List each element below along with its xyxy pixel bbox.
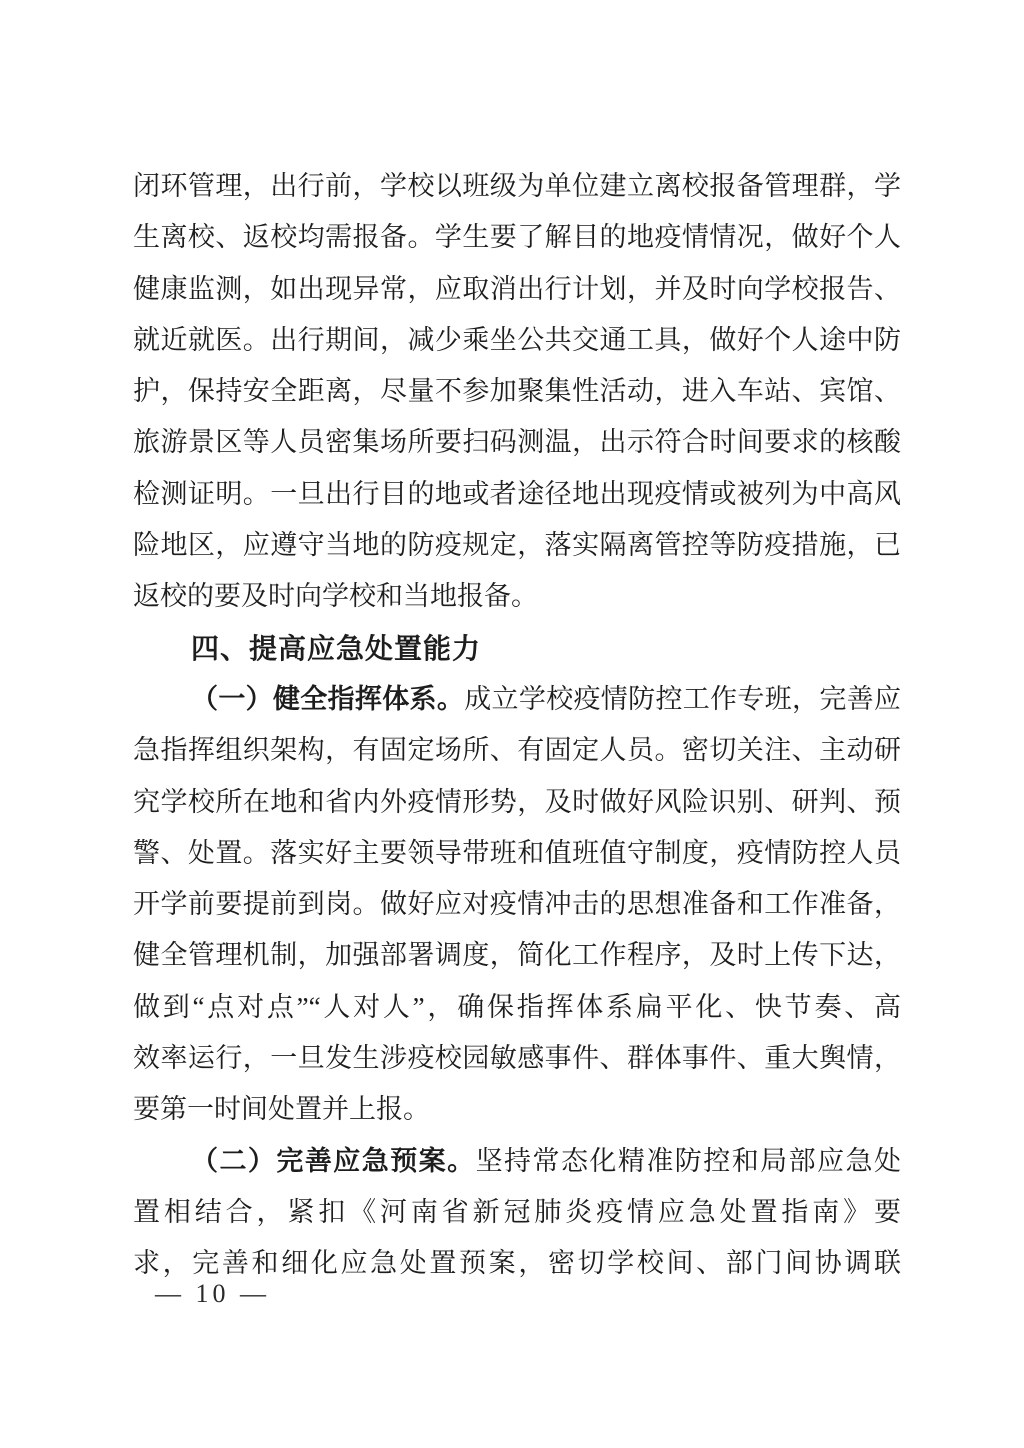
paragraph-lead: （一）健全指挥体系。 xyxy=(191,684,464,714)
body-line: 生离校、返校均需报备。学生要了解目的地疫情情况，做好个人 xyxy=(133,212,901,263)
body-line: 险地区，应遵守当地的防疫规定，落实隔离管控等防疫措施，已 xyxy=(133,520,901,571)
paragraph-text: 成立学校疫情防控工作专班，完善应 xyxy=(464,684,901,714)
body-line: 健全管理机制，加强部署调度，简化工作程序，及时上传下达， xyxy=(133,930,901,981)
body-line: 究学校所在地和省内外疫情形势，及时做好风险识别、研判、预 xyxy=(133,777,901,828)
body-line: 开学前要提前到岗。做好应对疫情冲击的思想准备和工作准备， xyxy=(133,879,901,930)
body-line: 效率运行，一旦发生涉疫校园敏感事件、群体事件、重大舆情， xyxy=(133,1033,901,1084)
body-line: 要第一时间处置并上报。 xyxy=(133,1084,901,1135)
document-page: 闭环管理，出行前，学校以班级为单位建立离校报备管理群，学 生离校、返校均需报备。… xyxy=(0,0,1024,1448)
body-line: 检测证明。一旦出行目的地或者途径地出现疫情或被列为中高风 xyxy=(133,469,901,520)
paragraph-lead: （二）完善应急预案。 xyxy=(191,1146,476,1176)
body-line: 急指挥组织架构，有固定场所、有固定人员。密切关注、主动研 xyxy=(133,725,901,776)
body-line: 旅游景区等人员密集场所要扫码测温，出示符合时间要求的核酸 xyxy=(133,417,901,468)
page-number: — 10 — xyxy=(155,1279,270,1309)
body-line: 返校的要及时向学校和当地报备。 xyxy=(133,571,901,622)
body-line: （一）健全指挥体系。成立学校疫情防控工作专班，完善应 xyxy=(133,674,901,725)
body-line: （二）完善应急预案。坚持常态化精准防控和局部应急处 xyxy=(133,1136,901,1187)
body-line: 闭环管理，出行前，学校以班级为单位建立离校报备管理群，学 xyxy=(133,161,901,212)
body-line: 做到“点对点”“人对人”，确保指挥体系扁平化、快节奏、高 xyxy=(133,982,901,1033)
body-line: 健康监测，如出现异常，应取消出行计划，并及时向学校报告、 xyxy=(133,264,901,315)
section-heading: 四、提高应急处置能力 xyxy=(133,623,901,674)
body-line: 就近就医。出行期间，减少乘坐公共交通工具，做好个人途中防 xyxy=(133,315,901,366)
body-line: 警、处置。落实好主要领导带班和值班值守制度，疫情防控人员 xyxy=(133,828,901,879)
paragraph-text: 坚持常态化精准防控和局部应急处 xyxy=(476,1146,901,1176)
body-line: 护，保持安全距离，尽量不参加聚集性活动，进入车站、宾馆、 xyxy=(133,366,901,417)
text-block: 闭环管理，出行前，学校以班级为单位建立离校报备管理群，学 生离校、返校均需报备。… xyxy=(133,161,901,1290)
body-line: 置相结合，紧扣《河南省新冠肺炎疫情应急处置指南》要 xyxy=(133,1187,901,1238)
